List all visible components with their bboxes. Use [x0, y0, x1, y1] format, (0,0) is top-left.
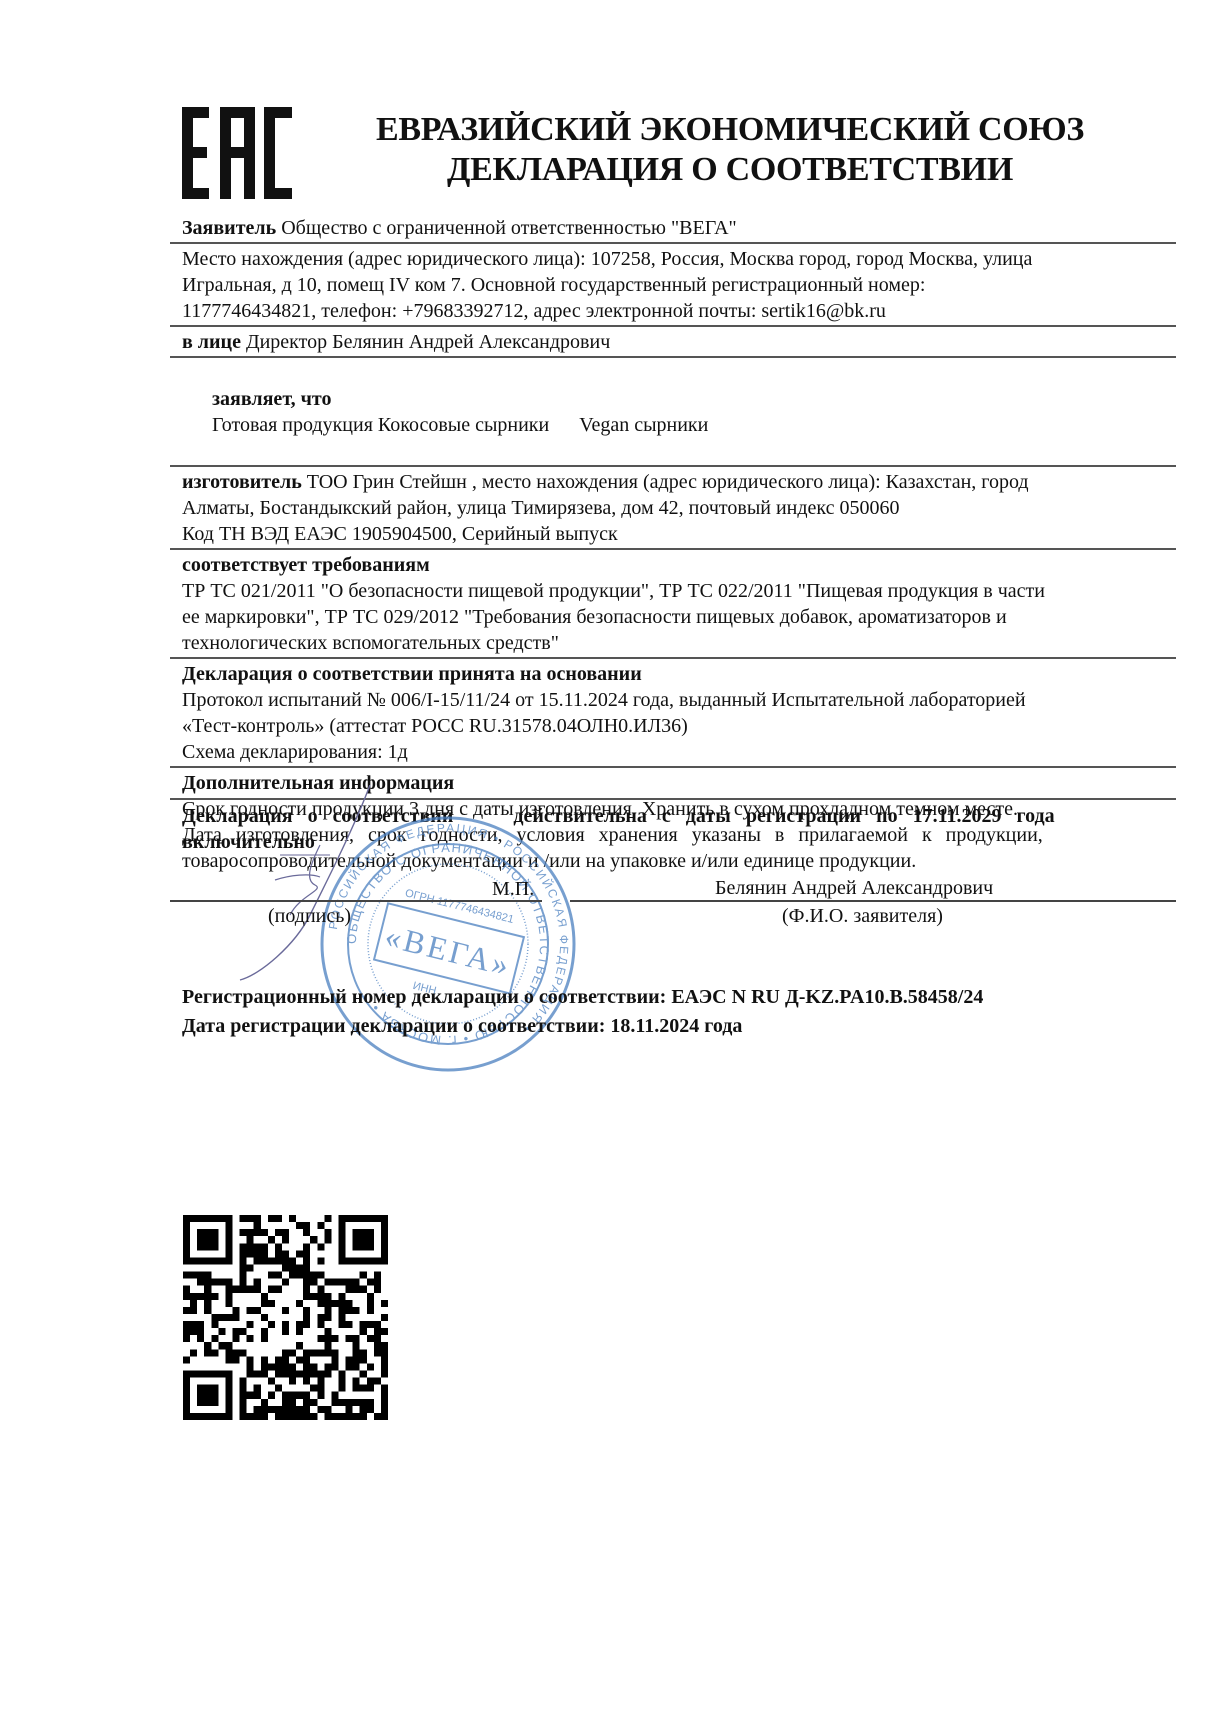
applicant-address-line: 1177746434821, телефон: +79683392712, ад… [182, 298, 1176, 324]
declares-row: заявляет, что Готовая продукция Кокосовы… [182, 360, 1176, 464]
requirements-line: ее маркировки", ТР ТС 029/2012 "Требован… [182, 604, 1176, 630]
declaration-page: ЕВРАЗИЙСКИЙ ЭКОНОМИЧЕСКИЙ СОЮЗ ДЕКЛАРАЦИ… [0, 0, 1222, 1732]
registration-info: Регистрационный номер декларации о соотв… [182, 983, 983, 1041]
applicant-address-line: Игральная, д 10, помещ IV ком 7. Основно… [182, 272, 1176, 298]
applicant-row: Заявитель Общество с ограниченной ответс… [182, 215, 1176, 241]
seal-placeholder-label: М.П. [492, 878, 534, 901]
signature-line [170, 900, 542, 902]
title-union: ЕВРАЗИЙСКИЙ ЭКОНОМИЧЕСКИЙ СОЮЗ [330, 110, 1130, 150]
represented-by-row: в лице Директор Белянин Андрей Александр… [182, 329, 1176, 355]
declares-label: заявляет, что [212, 388, 331, 410]
eac-logo-icon [182, 107, 292, 199]
divider [170, 356, 1176, 358]
basis-line: Протокол испытаний № 006/I-15/11/24 от 1… [182, 687, 1176, 713]
requirements-label: соответствует требованиям [182, 552, 1176, 578]
requirements-line: технологических вспомогательных средств" [182, 630, 1176, 656]
name-caption: (Ф.И.О. заявителя) [782, 905, 943, 928]
manufacturer-address-line: Алматы, Бостандыкский район, улица Тимир… [182, 495, 1176, 521]
title-declaration: ДЕКЛАРАЦИЯ О СООТВЕТСТВИИ [330, 150, 1130, 190]
registration-number: Регистрационный номер декларации о соотв… [182, 983, 983, 1012]
divider [170, 548, 1176, 550]
manufacturer-label: изготовитель [182, 471, 302, 493]
manufacturer-row: изготовитель ТОО Грин Стейшн , место нах… [182, 469, 1176, 495]
divider [170, 242, 1176, 244]
document-title: ЕВРАЗИЙСКИЙ ЭКОНОМИЧЕСКИЙ СОЮЗ ДЕКЛАРАЦИ… [330, 110, 1130, 190]
declaration-scheme: Схема декларирования: 1д [182, 739, 1176, 765]
divider [170, 766, 1176, 768]
name-line [570, 900, 1176, 902]
represented-by-value: Директор Белянин Андрей Александрович [246, 331, 610, 353]
divider [170, 465, 1176, 467]
divider [170, 325, 1176, 327]
hs-code-line: Код ТН ВЭД ЕАЭС 1905904500, Серийный вып… [182, 521, 1176, 547]
declaration-body: Заявитель Общество с ограниченной ответс… [182, 215, 1176, 874]
applicant-label: Заявитель [182, 217, 276, 239]
signer-name: Белянин Андрей Александрович [715, 877, 993, 900]
registration-date: Дата регистрации декларации о соответств… [182, 1012, 983, 1041]
qr-code-icon[interactable] [183, 1215, 388, 1420]
signature-caption: (подпись) [268, 905, 351, 928]
represented-by-label: в лице [182, 331, 241, 353]
basis-label: Декларация о соответствии принята на осн… [182, 661, 1176, 687]
requirements-line: ТР ТС 021/2011 "О безопасности пищевой п… [182, 578, 1176, 604]
basis-line: «Тест-контроль» (аттестат РОСС RU.31578.… [182, 713, 1176, 739]
product-name: Готовая продукция Кокосовые сырники Vega… [212, 414, 708, 436]
manufacturer-value: ТОО Грин Стейшн , место нахождения (адре… [307, 471, 1029, 493]
divider [170, 657, 1176, 659]
handwritten-signature-icon [220, 785, 420, 985]
applicant-value: Общество с ограниченной ответственностью… [281, 217, 737, 239]
applicant-address-line: Место нахождения (адрес юридического лиц… [182, 246, 1176, 272]
